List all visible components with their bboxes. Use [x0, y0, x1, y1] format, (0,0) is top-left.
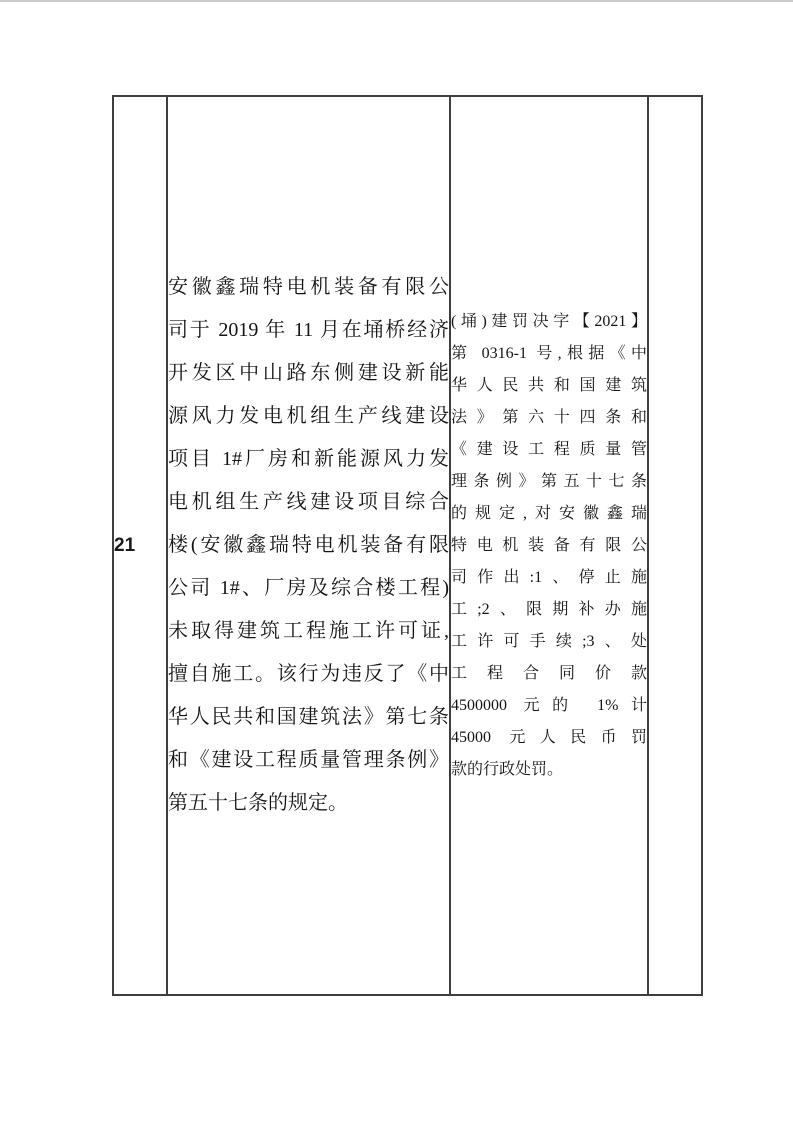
text-line: 特电机装备有限公 — [451, 530, 647, 562]
document-page: 21 安徽鑫瑞特电机装备有限公司于 2019 年 11 月在埇桥经济开发区中山路… — [0, 0, 793, 1122]
penalty-decision-text: (埇)建罚决字【2021】第 0316-1 号,根据《中华人民共和国建筑法》第六… — [451, 306, 647, 786]
text-line: 工程合同价款 — [451, 658, 647, 690]
table-row: 21 安徽鑫瑞特电机装备有限公司于 2019 年 11 月在埇桥经济开发区中山路… — [113, 96, 702, 995]
text-line: 安徽鑫瑞特电机装备有限公 — [168, 266, 449, 309]
text-line: 第五十七条的规定。 — [168, 782, 449, 825]
penalty-cell: (埇)建罚决字【2021】第 0316-1 号,根据《中华人民共和国建筑法》第六… — [450, 96, 648, 995]
text-line: 4500000 元的 1%计 — [451, 690, 647, 722]
text-line: 华人民共和国建筑法》第七条 — [168, 696, 449, 739]
text-line: 的规定,对安徽鑫瑞 — [451, 498, 647, 530]
violation-cell: 安徽鑫瑞特电机装备有限公司于 2019 年 11 月在埇桥经济开发区中山路东侧建… — [167, 96, 450, 995]
text-line: 45000 元人民币罚 — [451, 722, 647, 754]
empty-cell — [648, 96, 702, 995]
text-line: 和《建设工程质量管理条例》 — [168, 739, 449, 782]
text-line: 公司 1#、厂房及综合楼工程) — [168, 567, 449, 610]
row-number-cell: 21 — [113, 96, 167, 995]
text-line: 擅自施工。该行为违反了《中 — [168, 653, 449, 696]
text-line: 《建设工程质量管 — [451, 434, 647, 466]
text-line: 开发区中山路东侧建设新能 — [168, 352, 449, 395]
row-number: 21 — [114, 535, 135, 556]
text-line: 项目 1#厂房和新能源风力发 — [168, 438, 449, 481]
text-line: (埇)建罚决字【2021】 — [451, 306, 647, 338]
text-line: 理条例》第五十七条 — [451, 466, 647, 498]
text-line: 华人民共和国建筑 — [451, 370, 647, 402]
text-line: 电机组生产线建设项目综合 — [168, 481, 449, 524]
page-top-edge-line — [0, 0, 793, 2]
text-line: 未取得建筑工程施工许可证, — [168, 610, 449, 653]
text-line: 工许可手续;3、处 — [451, 626, 647, 658]
text-line: 源风力发电机组生产线建设 — [168, 395, 449, 438]
text-line: 司作出:1、停止施 — [451, 562, 647, 594]
text-line: 工;2、限期补办施 — [451, 594, 647, 626]
text-line: 楼(安徽鑫瑞特电机装备有限 — [168, 524, 449, 567]
violation-text: 安徽鑫瑞特电机装备有限公司于 2019 年 11 月在埇桥经济开发区中山路东侧建… — [168, 266, 449, 825]
text-line: 法》第六十四条和 — [451, 402, 647, 434]
text-line: 款的行政处罚。 — [451, 754, 647, 786]
text-line: 司于 2019 年 11 月在埇桥经济 — [168, 309, 449, 352]
penalty-table: 21 安徽鑫瑞特电机装备有限公司于 2019 年 11 月在埇桥经济开发区中山路… — [112, 95, 703, 996]
text-line: 第 0316-1 号,根据《中 — [451, 338, 647, 370]
